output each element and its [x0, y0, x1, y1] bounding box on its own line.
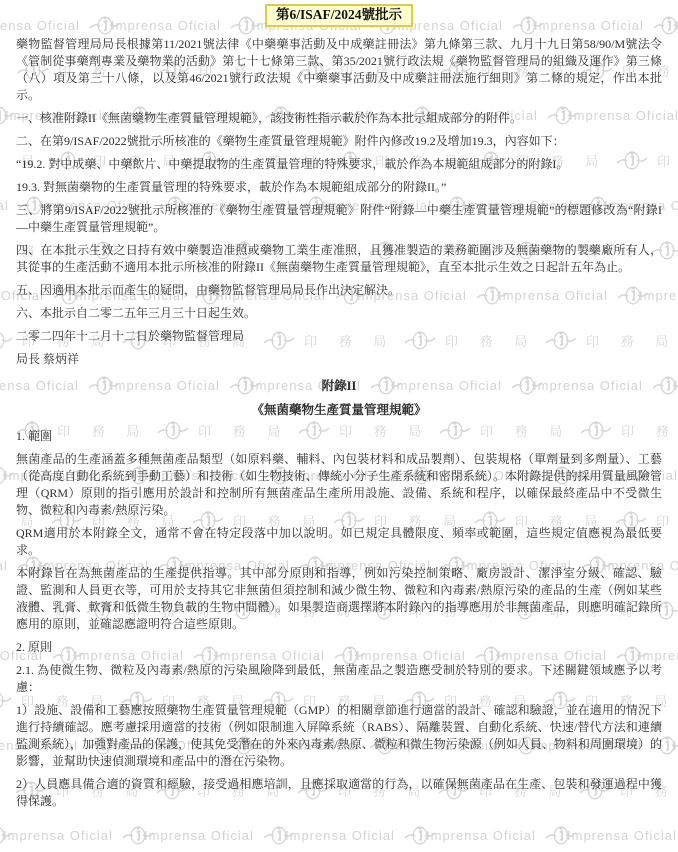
- despacho-item-2-quote-19-3: 19.3. 對無菌藥物的生產質量管理的特殊要求，載於作為本規範組成部分的附錄II…: [16, 179, 662, 196]
- annex-title: 《無菌藥物生產質量管理規範》: [16, 402, 662, 419]
- despacho-item-1: 一、核准附錄II《無菌藥物生產質量管理規範》，該技術性指示載於作為本批示組成部分…: [16, 110, 662, 127]
- section-2-heading: 2. 原則: [16, 639, 662, 656]
- despacho-item-3: 三、將第9/ISAF/2022號批示所核准的《藥物生產質量管理規範》附件“附錄—…: [16, 202, 662, 236]
- despacho-item-6: 六、本批示自二零二五年三月三十日起生效。: [16, 305, 662, 322]
- date-place-line: 二零二四年十二月十二日於藥物監督管理局: [16, 328, 662, 345]
- section-2-list-item-1: 1）設施、設備和工藝應按照藥物生產質量管理規範（GMP）的相關章節進行適當的設計…: [16, 702, 662, 770]
- document-title-highlight: 第6/ISAF/2024號批示: [265, 4, 413, 27]
- section-1-paragraph-1: 無菌產品的生產涵蓋多種無菌產品類型（如原料藥、輔料、內包裝材料和成品製劑）、包裝…: [16, 451, 662, 519]
- title-row: 第6/ISAF/2024號批示: [16, 4, 662, 27]
- annex-heading: 附錄II: [16, 378, 662, 395]
- despacho-item-4: 四、在本批示生效之日持有效中藥製造准照或藥物工業生產准照，且獲准製造的業務範圍涉…: [16, 242, 662, 276]
- despacho-item-2: 二、在第9/ISAF/2022號批示所核准的《藥物生產質量管理規範》附件內修改1…: [16, 133, 662, 150]
- section-2-list-item-2: 2）人員應具備合適的資質和經驗，接受過相應培訓，且應採取適當的行為，以確保無菌產…: [16, 776, 662, 810]
- section-1-paragraph-2: QRM適用於本附錄全文，通常不會在特定段落中加以說明。如已規定具體限度、頻率或範…: [16, 525, 662, 559]
- despacho-item-2-quote-19-2: “19.2. 對中成藥、中藥飲片、中藥提取物的生產質量管理的特殊要求，載於作為本…: [16, 156, 662, 173]
- section-1-heading: 1. 範圍: [16, 428, 662, 445]
- document-content: 第6/ISAF/2024號批示 藥物監督管理局局長根據第11/2021號法律《中…: [0, 0, 678, 852]
- despacho-item-5: 五、因適用本批示而產生的疑問，由藥物監督管理局局長作出決定解決。: [16, 282, 662, 299]
- section-1-paragraph-3: 本附錄旨在為無菌產品的生產提供指導。其中部分原則和指導，例如污染控制策略、廠房設…: [16, 565, 662, 633]
- gazette-page: Imprensa OficialImprensa OficialImprensa…: [0, 0, 678, 852]
- section-2-paragraph-2-1: 2.1. 為使微生物、微粒及內毒素/熱原的污染風險降到最低，無菌產品之製造應受制…: [16, 662, 662, 696]
- intro-paragraph: 藥物監督管理局局長根據第11/2021號法律《中藥藥事活動及中成藥註冊法》第九條…: [16, 36, 662, 104]
- signature-line: 局長 蔡炳祥: [16, 351, 662, 368]
